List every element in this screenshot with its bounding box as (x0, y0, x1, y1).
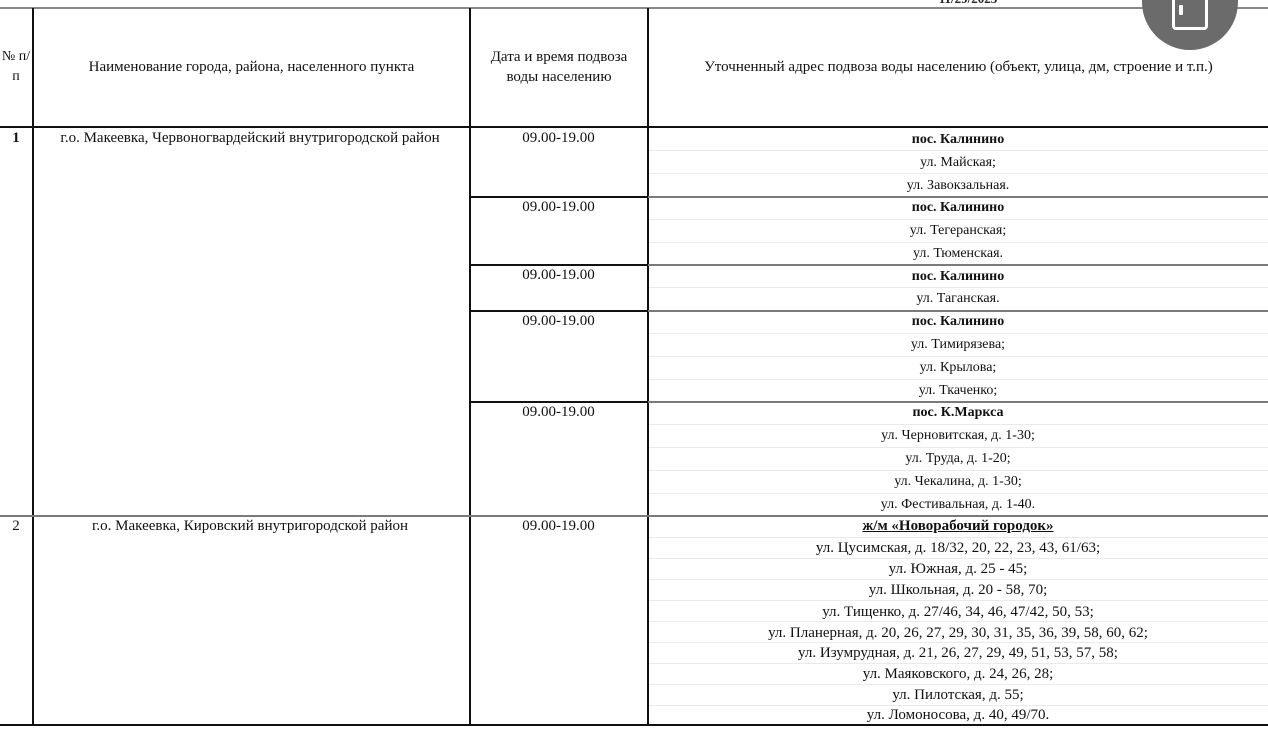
subline-divider (649, 558, 1268, 559)
subline-divider (649, 356, 1268, 357)
group-divider (648, 264, 1268, 266)
address-line: ул. Маяковского, д. 24, 26, 28; (648, 666, 1268, 682)
address-line: ул. Ткаченко; (648, 383, 1268, 399)
address-settlement: ж/м «Новорабочий городок» (648, 518, 1268, 534)
subline-divider (649, 493, 1268, 494)
subline-divider (649, 424, 1268, 425)
date-stamp: 11/29/2023 (928, 0, 1008, 6)
subline-divider (649, 642, 1268, 643)
header-bottom-border (0, 126, 1268, 128)
address-line: ул. Цусимская, д. 18/32, 20, 22, 23, 43,… (648, 540, 1268, 556)
address-settlement: пос. Калинино (648, 132, 1268, 148)
address-line: ул. Завокзальная. (648, 178, 1268, 194)
subline-divider (649, 470, 1268, 471)
row-locality: г.о. Макеевка, Червоногвардейский внутри… (40, 129, 460, 148)
subline-divider (649, 173, 1268, 174)
subline-divider (649, 447, 1268, 448)
subline-divider (649, 684, 1268, 685)
row-time: 09.00-19.00 (469, 517, 648, 536)
subline-divider (649, 150, 1268, 151)
row-time: 09.00-19.00 (469, 403, 648, 422)
header-address-text: Уточненный адрес подвоза воды населению … (704, 57, 1213, 77)
address-line: ул. Черновитская, д. 1-30; (648, 428, 1268, 444)
header-locality: Наименование города, района, населенного… (34, 8, 469, 126)
row-locality: г.о. Макеевка, Кировский внутригородской… (40, 517, 460, 536)
address-settlement: пос. Калинино (648, 314, 1268, 330)
group-divider (648, 310, 1268, 312)
subline-divider (649, 663, 1268, 664)
subline-divider (649, 242, 1268, 243)
address-line: ул. Майская; (648, 155, 1268, 171)
address-line: ул. Чекалина, д. 1-30; (648, 474, 1268, 490)
header-num: № п/п (0, 8, 32, 126)
row-time: 09.00-19.00 (469, 129, 648, 148)
subline-divider (649, 537, 1268, 538)
address-line: ул. Фестивальная, д. 1-40. (648, 497, 1268, 513)
address-settlement: пос. К.Маркса (648, 405, 1268, 421)
group-divider (648, 401, 1268, 403)
address-settlement: пос. Калинино (648, 200, 1268, 216)
address-line: ул. Труда, д. 1-20; (648, 451, 1268, 467)
row-num: 2 (0, 517, 32, 536)
group-divider (648, 196, 1268, 198)
row-time: 09.00-19.00 (469, 266, 648, 285)
row-num: 1 (0, 129, 32, 148)
header-datetime-text: Дата и время подвоза воды населению (477, 47, 641, 87)
subline-divider (649, 600, 1268, 601)
address-line: ул. Школьная, д. 20 - 58, 70; (648, 582, 1268, 598)
header-locality-text: Наименование города, района, населенного… (89, 57, 415, 77)
address-settlement: пос. Калинино (648, 269, 1268, 285)
address-line: ул. Планерная, д. 20, 26, 27, 29, 30, 31… (648, 625, 1268, 641)
address-line: ул. Тимирязева; (648, 337, 1268, 353)
row-time: 09.00-19.00 (469, 198, 648, 217)
subline-divider (649, 379, 1268, 380)
row-time: 09.00-19.00 (469, 312, 648, 331)
address-line: ул. Изумрудная, д. 21, 26, 27, 29, 49, 5… (648, 645, 1268, 661)
address-line: ул. Тегеранская; (648, 223, 1268, 239)
address-line: ул. Ломоносова, д. 40, 49/70. (648, 707, 1268, 723)
address-line: ул. Крылова; (648, 360, 1268, 376)
address-line: ул. Тищенко, д. 27/46, 34, 46, 47/42, 50… (648, 604, 1268, 620)
address-line: ул. Таганская. (648, 291, 1268, 307)
address-line: ул. Пилотская, д. 55; (648, 687, 1268, 703)
header-num-text: № п/п (1, 47, 31, 87)
table-bottom-border (0, 724, 1268, 726)
subline-divider (649, 219, 1268, 220)
subline-divider (649, 705, 1268, 706)
subline-divider (649, 287, 1268, 288)
header-datetime: Дата и время подвоза воды населению (471, 8, 647, 126)
address-line: ул. Тюменская. (648, 246, 1268, 262)
address-line: ул. Южная, д. 25 - 45; (648, 561, 1268, 577)
subline-divider (649, 579, 1268, 580)
subline-divider (649, 621, 1268, 622)
subline-divider (649, 333, 1268, 334)
document-icon (1172, 0, 1208, 30)
